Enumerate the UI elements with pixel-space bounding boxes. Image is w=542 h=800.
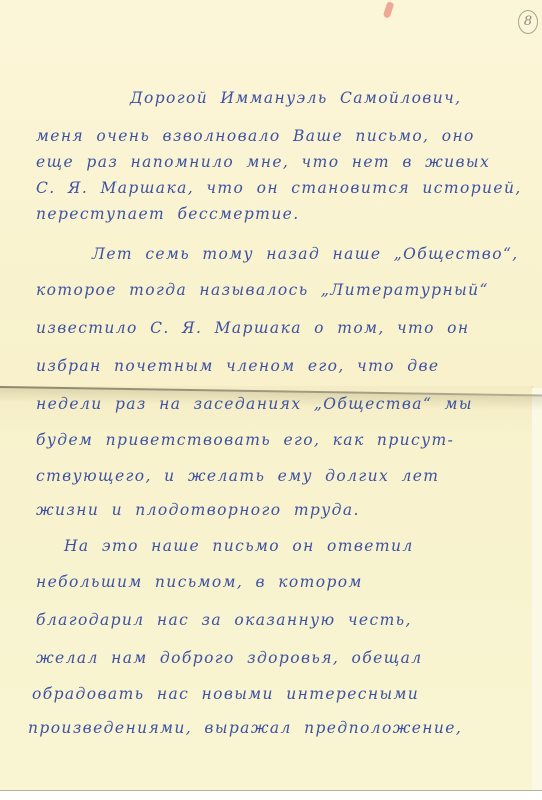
letter-line: желал нам доброго здоровья, обещал — [36, 648, 423, 668]
letter-line: переступает бессмертие. — [36, 204, 300, 224]
letter-line: избран почетным членом его, что две — [36, 356, 439, 376]
scanned-letter-page: 8 Дорогой Иммануэль Самойлович, меня оче… — [0, 0, 542, 800]
letter-line: которое тогда называлось „Литературный“ — [36, 280, 489, 300]
letter-salutation: Дорогой Иммануэль Самойлович, — [130, 88, 461, 108]
letter-line: жизни и плодотворного труда. — [36, 500, 360, 520]
circled-page-number: 8 — [518, 10, 538, 34]
letter-line: известило С. Я. Маршака о том, что он — [36, 318, 470, 338]
scan-bottom-edge — [0, 790, 542, 800]
letter-line: еще раз напомнило мне, что нет в живых — [36, 152, 490, 172]
letter-line: Лет семь тому назад наше „Общество“, — [92, 244, 519, 264]
letter-line: недели раз на заседаниях „Общества“ мы — [36, 394, 473, 414]
letter-line: небольшим письмом, в котором — [36, 572, 363, 592]
page-margin-strip — [532, 388, 542, 790]
letter-line: обрадовать нас новыми интересными — [32, 684, 419, 704]
letter-line: ствующего, и желать ему долгих лет — [36, 466, 439, 486]
letter-line: благодарил нас за оказанную честь, — [36, 610, 412, 630]
letter-line: меня очень взволновало Ваше письмо, оно — [36, 126, 475, 146]
letter-line: будем приветствовать его, как присут- — [36, 430, 454, 450]
letter-line: произведениями, выражал предположение, — [28, 718, 462, 738]
letter-line: С. Я. Маршака, что он становится историе… — [36, 178, 522, 198]
letter-line: На это наше письмо он ответил — [64, 536, 414, 556]
